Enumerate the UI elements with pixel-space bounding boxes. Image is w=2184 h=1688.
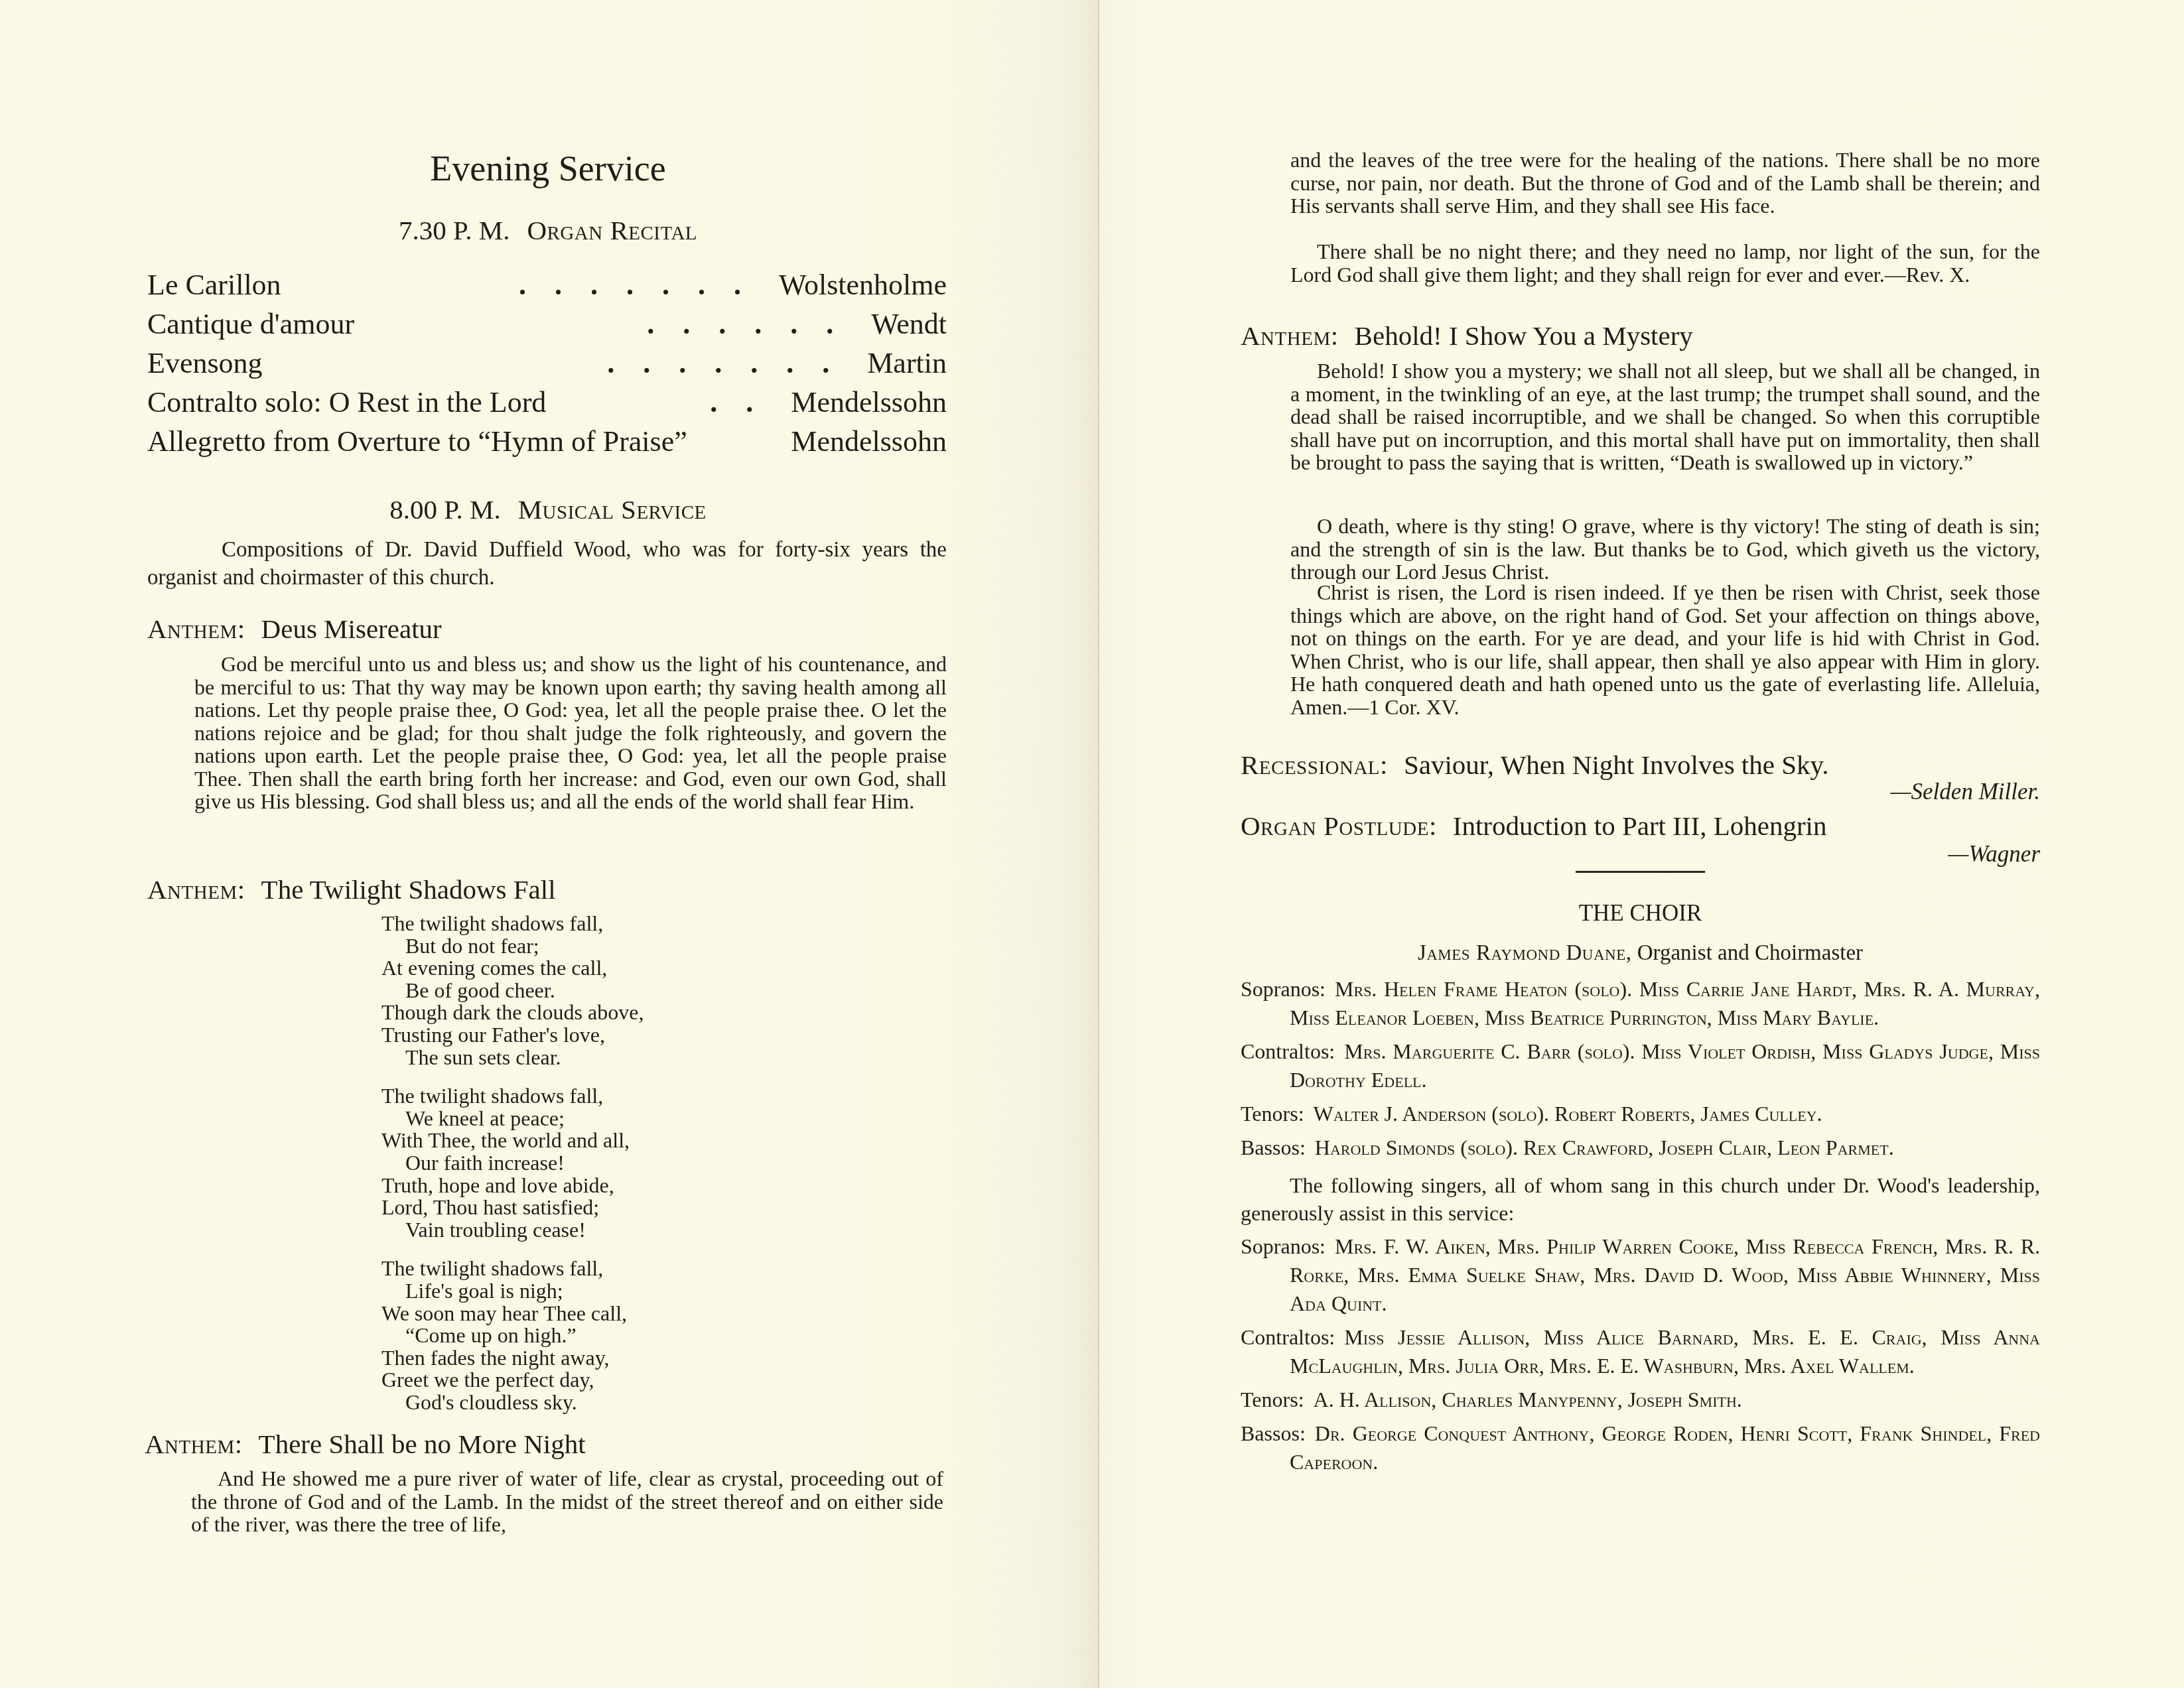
anthem-text: Behold! I show you a mystery; we shall n…	[1290, 359, 2040, 474]
musical-service-heading: 8.00 P. M.Musical Service	[147, 493, 949, 526]
poem-stanza: The twilight shadows fall, But do not fe…	[381, 913, 644, 1069]
poem-line: The sun sets clear.	[381, 1047, 644, 1069]
poem-line: We soon may hear Thee call,	[381, 1303, 644, 1325]
service-title: Musical Service	[518, 494, 707, 525]
dot-leader: ......	[354, 304, 871, 344]
choir-title: THE CHOIR	[1241, 899, 2040, 928]
anthem-heading: Anthem:The Twilight Shadows Fall	[147, 873, 556, 906]
singer-names: A. H. Allison, Charles Manypenny, Joseph…	[1314, 1388, 1742, 1411]
voice-section: Bassos:Harold Simonds (solo). Rex Crawfo…	[1241, 1134, 2040, 1162]
recital-time: 7.30 P. M.	[399, 215, 510, 245]
program-item: Le Carillon ....... Wolstenholme	[147, 265, 947, 304]
composer: Mendelssohn	[791, 383, 947, 422]
organ-recital-program: Le Carillon ....... Wolstenholme Cantiqu…	[147, 265, 947, 461]
postlude-label: Organ Postlude:	[1241, 811, 1437, 841]
recessional-title: Saviour, When Night Involves the Sky.	[1404, 749, 1829, 780]
assisting-singers-note: The following singers, all of whom sang …	[1241, 1171, 2040, 1227]
anthem-label: Anthem:	[147, 614, 245, 644]
assisting-voice-section: Tenors:A. H. Allison, Charles Manypenny,…	[1241, 1386, 2040, 1414]
voice-part: Sopranos:	[1241, 977, 1326, 1001]
piece-title: Contralto solo: O Rest in the Lord	[147, 383, 546, 422]
voice-part: Bassos:	[1241, 1136, 1306, 1159]
program-item: Evensong ....... Martin	[147, 344, 947, 383]
anthem-text: And He showed me a pure river of water o…	[191, 1467, 943, 1536]
voice-section: Contraltos:Mrs. Marguerite C. Barr (solo…	[1241, 1037, 2040, 1094]
anthem-title: Behold! I Show You a Mystery	[1355, 320, 1693, 351]
recessional-composer: —Selden Miller.	[1241, 777, 2040, 807]
poem-line: Greet we the perfect day,	[381, 1369, 644, 1392]
anthem-label: Anthem:	[145, 1429, 243, 1459]
singer-names: Mrs. Marguerite C. Barr (solo). Miss Vio…	[1290, 1039, 2040, 1092]
poem-line: Truth, hope and love abide,	[381, 1175, 644, 1197]
piece-title: Allegretto from Overture to “Hymn of Pra…	[147, 422, 687, 461]
poem-line: “Come up on high.”	[381, 1325, 644, 1347]
poem-line: Lord, Thou hast satisfied;	[381, 1197, 644, 1219]
poem-line: The twilight shadows fall,	[381, 1085, 644, 1108]
poem-line: With Thee, the world and all,	[381, 1130, 644, 1152]
director-role: Organist and Choirmaster	[1637, 941, 1863, 965]
voice-part: Sopranos:	[1241, 1234, 1326, 1258]
director-name: James Raymond Duane,	[1418, 941, 1632, 965]
poem-line: The twilight shadows fall,	[381, 913, 644, 935]
assisting-voice-section: Contraltos:Miss Jessie Allison, Miss Ali…	[1241, 1323, 2040, 1380]
poem-stanza: The twilight shadows fall, Life's goal i…	[381, 1258, 644, 1413]
composer: Martin	[867, 344, 947, 383]
anthem-poem: The twilight shadows fall, But do not fe…	[381, 913, 644, 1430]
poem-line: Vain troubling cease!	[381, 1219, 644, 1242]
voice-part: Contraltos:	[1241, 1039, 1335, 1063]
composer: Mendelssohn	[791, 422, 947, 461]
anthem-text: O death, where is thy sting! O grave, wh…	[1290, 515, 2040, 584]
anthem-label: Anthem:	[1241, 320, 1339, 351]
recessional-heading: Recessional:Saviour, When Night Involves…	[1241, 748, 1829, 781]
page-title: Evening Service	[147, 147, 949, 190]
dot-leader: ..	[546, 383, 791, 422]
voice-part: Tenors:	[1241, 1102, 1304, 1126]
anthem-text-continued: and the leaves of the tree were for the …	[1290, 149, 2040, 218]
choir-members: Sopranos:Mrs. Helen Frame Heaton (solo).…	[1241, 975, 2040, 1476]
singer-names: Dr. George Conquest Anthony, George Rode…	[1290, 1421, 2040, 1474]
composer: Wolstenholme	[779, 265, 947, 304]
anthem-text: God be merciful unto us and bless us; an…	[194, 653, 947, 813]
assisting-voice-section: Bassos:Dr. George Conquest Anthony, Geor…	[1241, 1419, 2040, 1476]
voice-part: Tenors:	[1241, 1388, 1304, 1411]
poem-line: At evening comes the call,	[381, 957, 644, 980]
piece-title: Evensong	[147, 344, 263, 383]
program-item: Cantique d'amour ...... Wendt	[147, 304, 947, 344]
assisting-voice-section: Sopranos:Mrs. F. W. Aiken, Mrs. Philip W…	[1241, 1232, 2040, 1318]
poem-line: Trusting our Father's love,	[381, 1024, 644, 1047]
organ-recital-heading: 7.30 P. M.Organ Recital	[147, 214, 949, 247]
postlude-heading: Organ Postlude:Introduction to Part III,…	[1241, 809, 1826, 842]
recessional-label: Recessional:	[1241, 749, 1388, 780]
singer-names: Mrs. F. W. Aiken, Mrs. Philip Warren Coo…	[1290, 1234, 2040, 1315]
left-page: Evening Service 7.30 P. M.Organ Recital …	[0, 0, 1099, 1688]
postlude-composer: —Wagner	[1241, 840, 2040, 869]
poem-line: Be of good cheer.	[381, 980, 644, 1002]
program-item: Allegretto from Overture to “Hymn of Pra…	[147, 422, 947, 461]
singer-names: Harold Simonds (solo). Rex Crawford, Jos…	[1315, 1136, 1894, 1159]
anthem-heading: Anthem:Behold! I Show You a Mystery	[1241, 319, 1693, 352]
dot-leader: .......	[263, 344, 868, 383]
singer-names: Miss Jessie Allison, Miss Alice Barnard,…	[1290, 1325, 2040, 1378]
postlude-title: Introduction to Part III, Lohengrin	[1453, 811, 1827, 841]
anthem-heading: Anthem:There Shall be no More Night	[145, 1427, 586, 1461]
voice-section: Tenors:Walter J. Anderson (solo). Robert…	[1241, 1100, 2040, 1128]
poem-line: The twilight shadows fall,	[381, 1258, 644, 1280]
anthem-title: Deus Misereatur	[261, 614, 442, 644]
anthem-text: Christ is risen, the Lord is risen indee…	[1290, 581, 2040, 718]
recital-title: Organ Recital	[527, 215, 697, 245]
poem-line: We kneel at peace;	[381, 1108, 644, 1130]
singer-names: Walter J. Anderson (solo). Robert Robert…	[1314, 1102, 1822, 1126]
anthem-title: There Shall be no More Night	[259, 1429, 586, 1459]
section-divider	[1576, 871, 1705, 873]
poem-line: Our faith increase!	[381, 1152, 644, 1175]
dot-leader: .......	[281, 265, 779, 304]
singer-names: Mrs. Helen Frame Heaton (solo). Miss Car…	[1290, 977, 2040, 1029]
poem-line: Life's goal is nigh;	[381, 1280, 644, 1303]
poem-stanza: The twilight shadows fall, We kneel at p…	[381, 1085, 644, 1241]
voice-section: Sopranos:Mrs. Helen Frame Heaton (solo).…	[1241, 975, 2040, 1032]
piece-title: Cantique d'amour	[147, 304, 354, 344]
voice-part: Contraltos:	[1241, 1325, 1335, 1349]
composer: Wendt	[871, 304, 947, 344]
program-item: Contralto solo: O Rest in the Lord .. Me…	[147, 383, 947, 422]
anthem-title: The Twilight Shadows Fall	[261, 874, 556, 905]
voice-part: Bassos:	[1241, 1421, 1306, 1445]
poem-line: Though dark the clouds above,	[381, 1002, 644, 1024]
anthem-heading: Anthem:Deus Misereatur	[147, 612, 442, 645]
poem-line: Then fades the night away,	[381, 1347, 644, 1370]
anthem-text-continued: There shall be no night there; and they …	[1290, 240, 2040, 286]
poem-line: God's cloudless sky.	[381, 1392, 644, 1414]
anthem-label: Anthem:	[147, 874, 245, 905]
service-time: 8.00 P. M.	[389, 494, 500, 525]
choir-director: James Raymond Duane, Organist and Choirm…	[1241, 939, 2040, 968]
poem-line: But do not fear;	[381, 935, 644, 958]
service-intro: Compositions of Dr. David Duffield Wood,…	[147, 536, 947, 592]
piece-title: Le Carillon	[147, 265, 281, 304]
